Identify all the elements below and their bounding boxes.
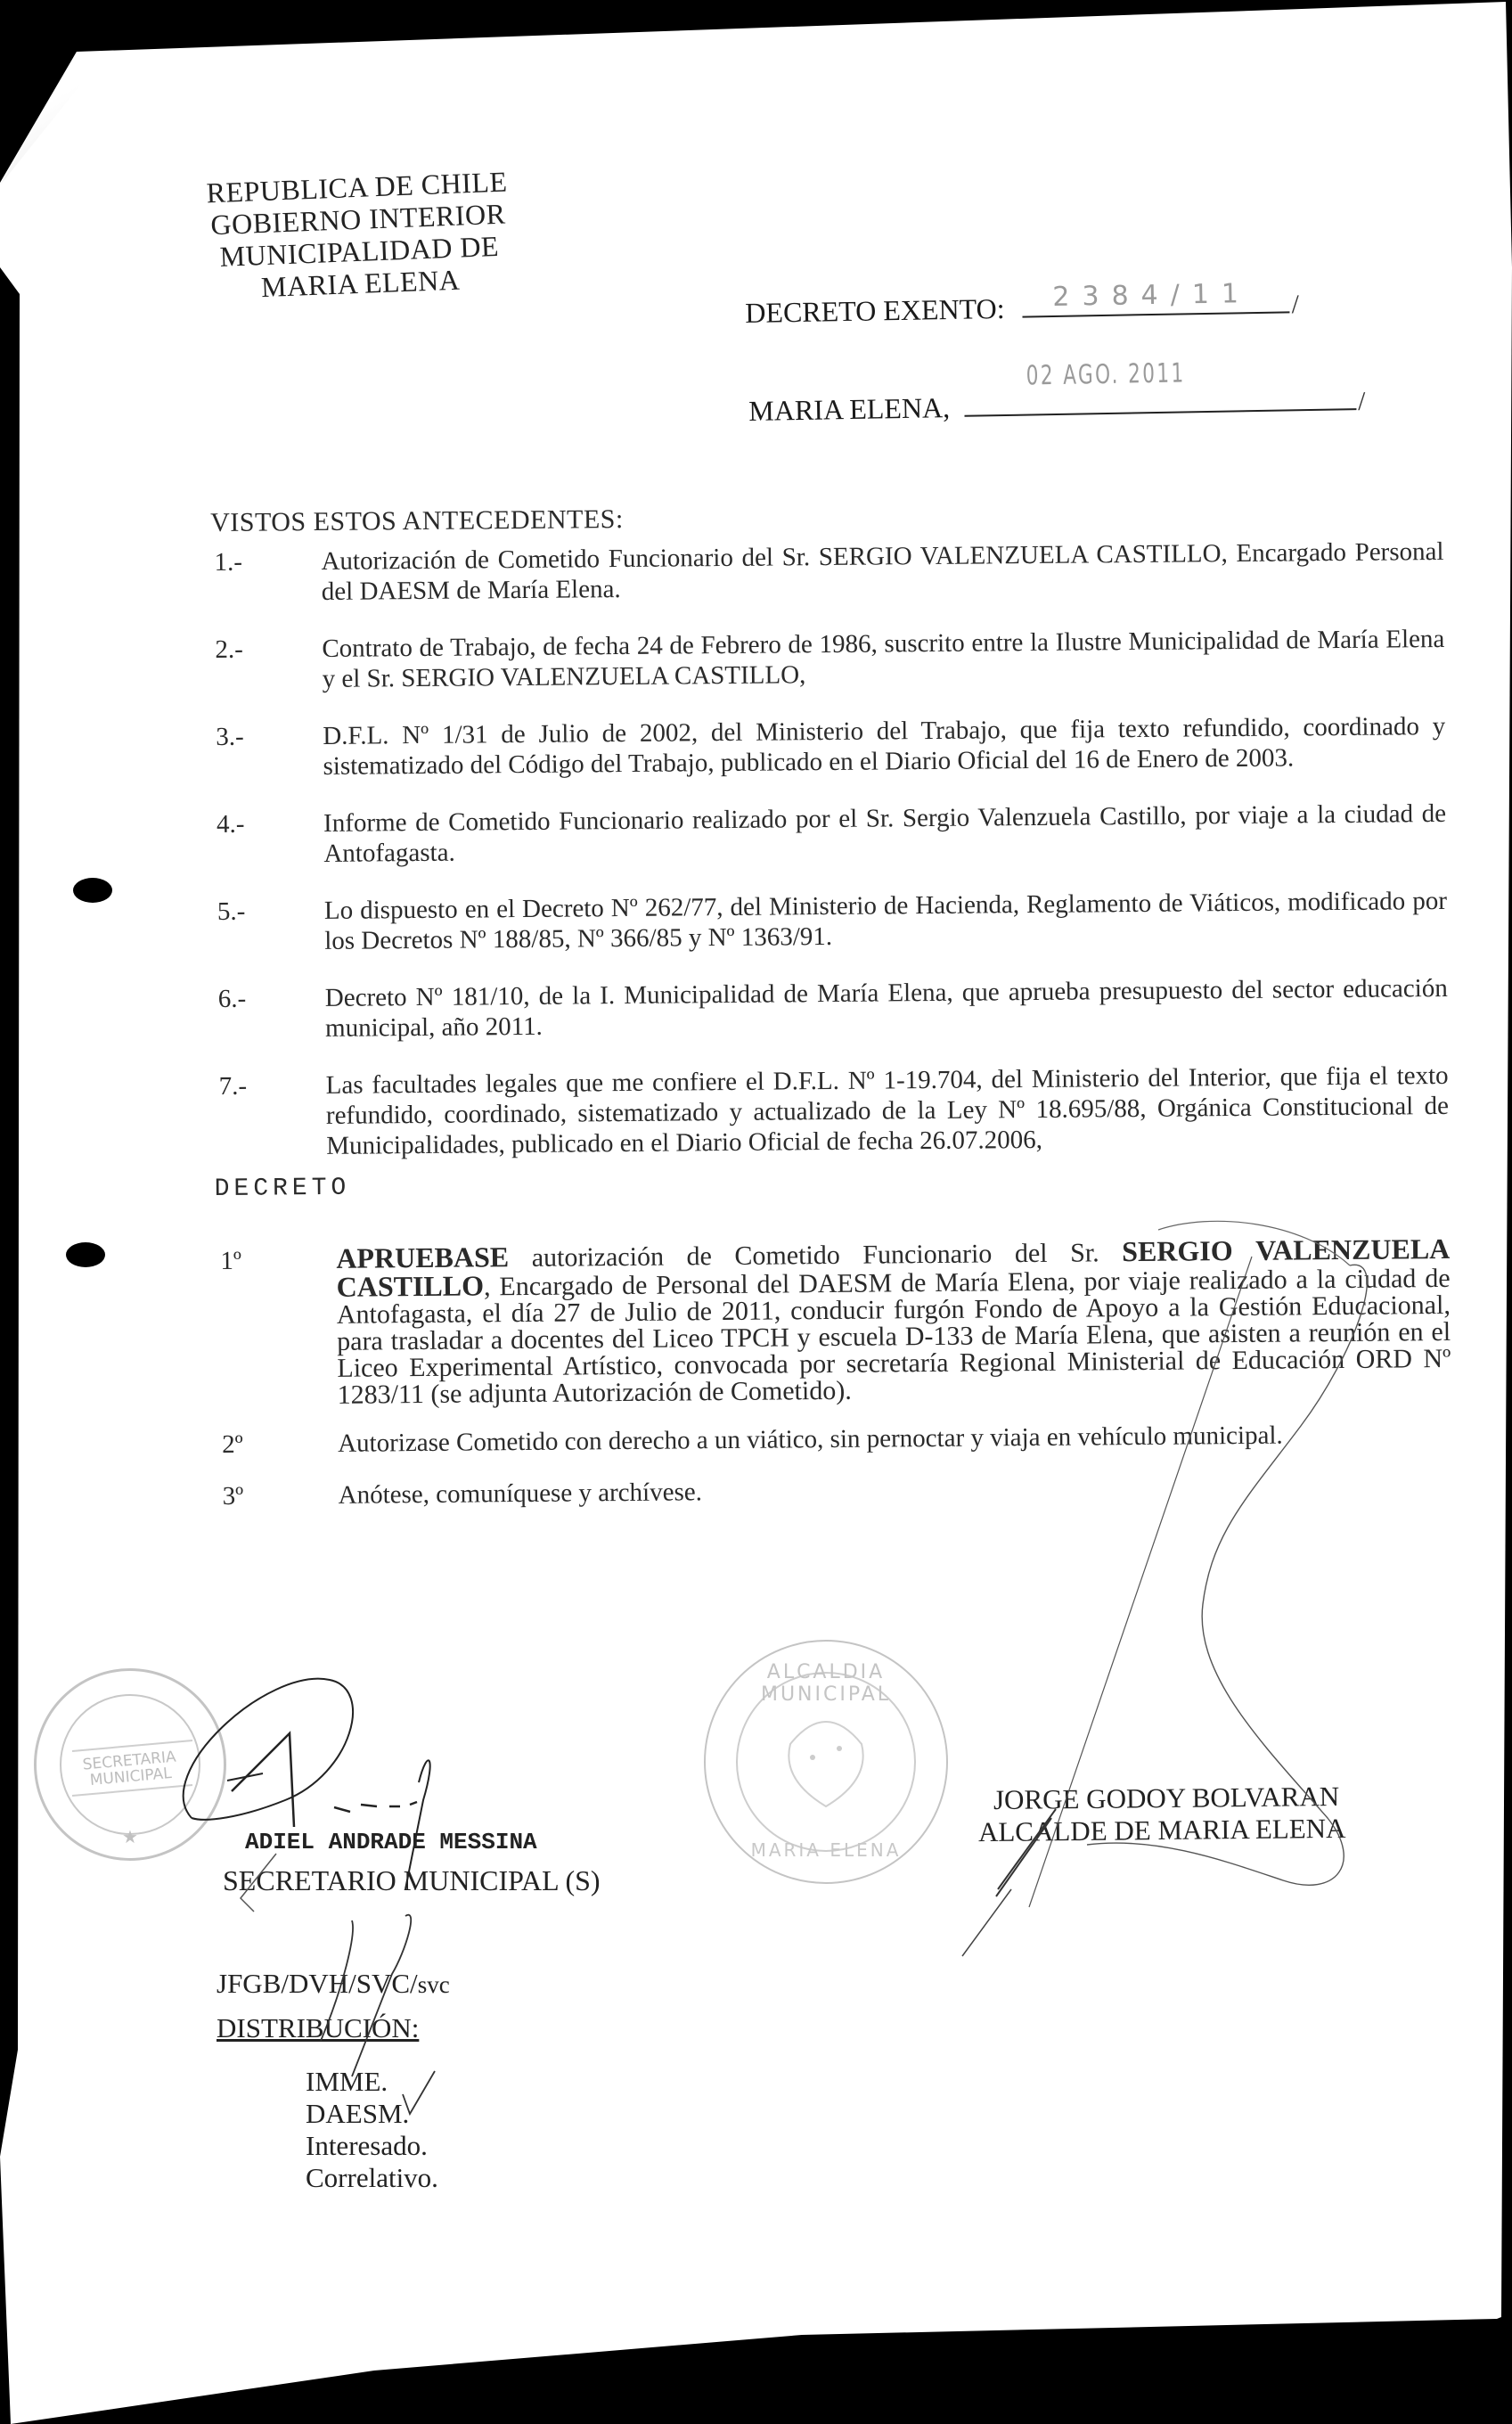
item-text: Informe de Cometido Funcionario realizad… (323, 798, 1447, 869)
decreto-heading: DECRETO (215, 1164, 1450, 1205)
place-date-line: MARIA ELENA, 02 AGO. 2011 / (748, 381, 1366, 428)
distribution-item: Correlativo. (306, 2162, 438, 2194)
decree-number-stamp: 2384/11 (1052, 278, 1251, 313)
date-stamp: 02 AGO. 2011 (1026, 357, 1185, 391)
decree-number-label: DECRETO EXENTO: (745, 292, 1005, 329)
item-number: 2º (222, 1429, 338, 1460)
item-text: APRUEBASE autorización de Cometido Funci… (336, 1235, 1451, 1409)
decree-number-line: DECRETO EXENTO: 2384/11 / (745, 284, 1299, 330)
stamp-ring-top: ALCALDIA MUNICIPAL (706, 1661, 946, 1706)
reference-initials: JFGB/DVH/SVC/svc (217, 1968, 450, 2000)
vistos-item: 6.- Decreto Nº 181/10, de la I. Municipa… (218, 973, 1449, 1044)
secretary-name: ADIEL ANDRADE MESSINA (245, 1829, 537, 1855)
item-number: 3º (223, 1480, 339, 1511)
field-end-mark: / (1358, 387, 1366, 417)
secretaria-stamp: ★ SECRETARIA MUNICIPAL (34, 1668, 226, 1861)
item-number: 6.- (218, 983, 326, 1044)
item-number: 1.- (214, 546, 322, 608)
distribution-item: DAESM. (306, 2098, 438, 2130)
item-number: 4.- (217, 808, 324, 870)
text-segment: , Encargado de Personal del DAESM de Mar… (337, 1264, 1451, 1410)
secretary-title: SECRETARIO MUNICIPAL (S) (223, 1864, 601, 1897)
item-number: 5.- (217, 896, 325, 957)
item-number: 1º (220, 1245, 338, 1410)
item-text: Autorización de Cometido Funcionario del… (321, 536, 1444, 607)
vistos-item: 2.- Contrato de Trabajo, de fecha 24 de … (215, 624, 1445, 695)
item-number: 3.- (216, 721, 323, 782)
stamp-ring-bottom: MARIA ELENA (706, 1839, 946, 1861)
alcaldia-stamp: ALCALDIA MUNICIPAL MARIA ELENA (704, 1640, 948, 1884)
vistos-item: 7.- Las facultades legales que me confie… (219, 1060, 1450, 1162)
reference-upper: JFGB/DVH/SVC/ (217, 1968, 418, 1999)
item-text: Decreto Nº 181/10, de la I. Municipalida… (325, 973, 1449, 1044)
item-text: Autorizase Cometido con derecho a un viá… (338, 1419, 1451, 1459)
distribution-item: IMME. (306, 2066, 438, 2098)
letterhead: REPUBLICA DE CHILE GOBIERNO INTERIOR MUN… (169, 164, 548, 307)
date-field: 02 AGO. 2011 (964, 381, 1356, 417)
decree-document: REPUBLICA DE CHILE GOBIERNO INTERIOR MUN… (0, 0, 1512, 2424)
vistos-item: 3.- D.F.L. Nº 1/31 de Julio de 2002, del… (216, 711, 1446, 782)
resolution-item: 3º Anótese, comuníquese y archívese. (223, 1470, 1452, 1511)
item-text: Contrato de Trabajo, de fecha 24 de Febr… (322, 624, 1445, 694)
resolution-item: 2º Autorizase Cometido con derecho a un … (222, 1419, 1451, 1460)
vistos-item: 1.- Autorización de Cometido Funcionario… (214, 536, 1444, 608)
item-text: Las facultades legales que me confiere e… (326, 1060, 1450, 1161)
item-number: 7.- (219, 1070, 327, 1162)
mayor-title: ALCALDE DE MARIA ELENA (978, 1813, 1346, 1848)
place-label: MARIA ELENA, (748, 391, 950, 427)
mayor-name: JORGE GODOY BOLVARAN (993, 1781, 1339, 1816)
vistos-item: 5.- Lo dispuesto en el Decreto Nº 262/77… (217, 886, 1448, 957)
distribution-heading: DISTRIBUCIÓN: (217, 2012, 419, 2044)
field-end-mark: / (1291, 290, 1299, 320)
distribution-list: IMME. DAESM. Interesado. Correlativo. (306, 2066, 438, 2194)
vistos-heading: VISTOS ESTOS ANTECEDENTES: (210, 497, 1443, 538)
decree-number-field: 2384/11 (1022, 284, 1290, 317)
distribution-item: Interesado. (306, 2130, 438, 2162)
item-number: 2.- (215, 634, 323, 695)
item-text: Lo dispuesto en el Decreto Nº 262/77, de… (324, 886, 1448, 956)
item-text: Anótese, comuníquese y archívese. (339, 1470, 1452, 1511)
reference-lower: svc (418, 1971, 450, 1998)
resolution-item: 1º APRUEBASE autorización de Cometido Fu… (220, 1235, 1451, 1410)
item-text: D.F.L. Nº 1/31 de Julio de 2002, del Min… (323, 711, 1446, 782)
decree-body: VISTOS ESTOS ANTECEDENTES: 1.- Autorizac… (214, 497, 1452, 1538)
svg-text:★: ★ (122, 1826, 138, 1847)
vistos-item: 4.- Informe de Cometido Funcionario real… (217, 798, 1447, 870)
